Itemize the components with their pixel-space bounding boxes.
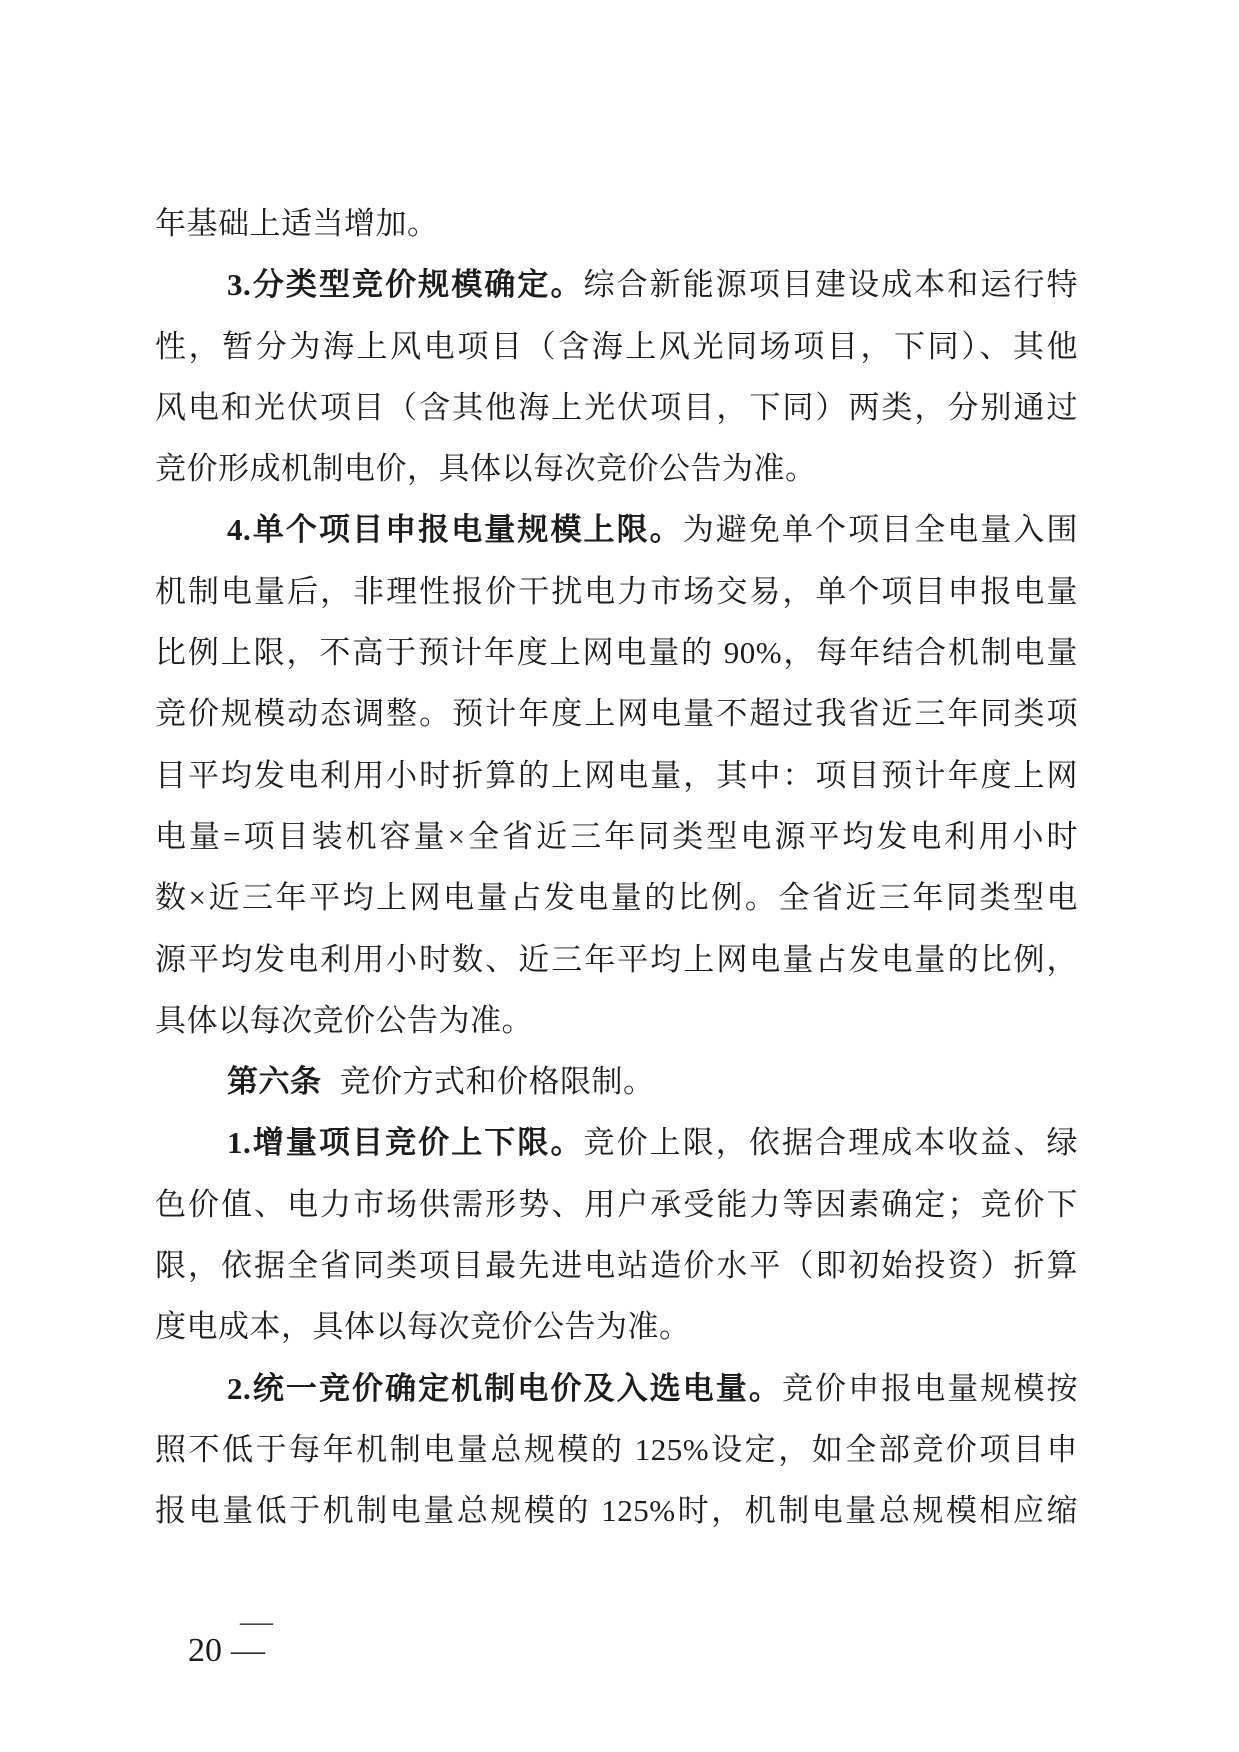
- text-segment: 照不低于每年机制电量总规模的 125%设定，如全部竞价项目申: [155, 1432, 1078, 1467]
- text-segment: 竞价申报电量规模按: [782, 1371, 1078, 1406]
- doc-line-14: 具体以每次竞价公告为准。: [155, 990, 1078, 1051]
- doc-line-17: 色价值、电力市场供需形势、用户承受能力等因素确定；竞价下: [155, 1174, 1078, 1235]
- doc-line-3: 性，暂分为海上风电项目（含海上风光同场项目，下同）、其他: [155, 316, 1078, 377]
- doc-line-21: 照不低于每年机制电量总规模的 125%设定，如全部竞价项目申: [155, 1419, 1078, 1480]
- doc-line-11: 电量=项目装机容量×全省近三年同类型电源平均发电利用小时: [155, 806, 1078, 867]
- doc-line-4: 风电和光伏项目（含其他海上光伏项目，下同）两类，分别通过: [155, 377, 1078, 438]
- doc-line-22: 报电量低于机制电量总规模的 125%时，机制电量总规模相应缩: [155, 1480, 1078, 1541]
- doc-line-12: 数×近三年平均上网电量占发电量的比例。全省近三年同类型电: [155, 867, 1078, 928]
- text-segment: 竞价方式和价格限制。: [340, 1064, 655, 1099]
- footer-trailing-dash: —: [231, 1632, 265, 1669]
- text-segment: 源平均发电利用小时数、近三年平均上网电量占发电量的比例，: [155, 942, 1078, 977]
- document-body: 年基础上适当增加。3.分类型竞价规模确定。综合新能源项目建设成本和运行特性，暂分…: [155, 193, 1078, 1542]
- text-segment-bold: 2.统一竞价确定机制电价及入选电量。: [227, 1371, 782, 1406]
- doc-line-2: 3.分类型竞价规模确定。综合新能源项目建设成本和运行特: [155, 254, 1078, 315]
- doc-line-15: 第六条竞价方式和价格限制。: [155, 1051, 1078, 1112]
- text-segment-bold: 1.增量项目竞价上下限。: [227, 1125, 584, 1160]
- text-segment: 竞价形成机制电价，具体以每次竞价公告为准。: [155, 451, 817, 486]
- doc-line-13: 源平均发电利用小时数、近三年平均上网电量占发电量的比例，: [155, 929, 1078, 990]
- doc-line-19: 度电成本，具体以每次竞价公告为准。: [155, 1296, 1078, 1357]
- doc-line-1: 年基础上适当增加。: [155, 193, 1078, 254]
- text-segment: 综合新能源项目建设成本和运行特: [584, 267, 1078, 302]
- text-segment: 电量=项目装机容量×全省近三年同类型电源平均发电利用小时: [155, 819, 1078, 854]
- text-segment: 目平均发电利用小时折算的上网电量，其中：项目预计年度上网: [155, 758, 1078, 793]
- text-segment: 限，依据全省同类项目最先进电站造价水平（即初始投资）折算: [155, 1248, 1078, 1283]
- text-segment-bold: 4.单个项目申报电量规模上限。: [227, 512, 683, 547]
- text-segment: 度电成本，具体以每次竞价公告为准。: [155, 1309, 691, 1344]
- doc-line-18: 限，依据全省同类项目最先进电站造价水平（即初始投资）折算: [155, 1235, 1078, 1296]
- text-segment: 比例上限，不高于预计年度上网电量的 90%，每年结合机制电量: [155, 635, 1078, 670]
- doc-line-7: 机制电量后，非理性报价干扰电力市场交易，单个项目申报电量: [155, 561, 1078, 622]
- doc-line-20: 2.统一竞价确定机制电价及入选电量。竞价申报电量规模按: [155, 1358, 1078, 1419]
- text-segment: 竞价上限，依据合理成本收益、绿: [584, 1125, 1078, 1160]
- page-number: 20: [188, 1632, 222, 1669]
- text-segment-article: 第六条: [227, 1064, 322, 1099]
- text-segment: 性，暂分为海上风电项目（含海上风光同场项目，下同）、其他: [155, 329, 1078, 364]
- text-segment: 报电量低于机制电量总规模的 125%时，机制电量总规模相应缩: [155, 1493, 1078, 1528]
- doc-line-5: 竞价形成机制电价，具体以每次竞价公告为准。: [155, 438, 1078, 499]
- doc-line-8: 比例上限，不高于预计年度上网电量的 90%，每年结合机制电量: [155, 622, 1078, 683]
- text-segment: 具体以每次竞价公告为准。: [155, 1003, 533, 1038]
- page: 年基础上适当增加。3.分类型竞价规模确定。综合新能源项目建设成本和运行特性，暂分…: [0, 0, 1239, 1752]
- text-segment: 年基础上适当增加。: [155, 206, 439, 241]
- text-segment: 色价值、电力市场供需形势、用户承受能力等因素确定；竞价下: [155, 1187, 1078, 1222]
- doc-line-9: 竞价规模动态调整。预计年度上网电量不超过我省近三年同类项: [155, 683, 1078, 744]
- doc-line-6: 4.单个项目申报电量规模上限。为避免单个项目全电量入围: [155, 499, 1078, 560]
- doc-line-16: 1.增量项目竞价上下限。竞价上限，依据合理成本收益、绿: [155, 1112, 1078, 1173]
- text-segment-bold: 3.分类型竞价规模确定。: [227, 267, 584, 302]
- doc-line-10: 目平均发电利用小时折算的上网电量，其中：项目预计年度上网: [155, 745, 1078, 806]
- text-segment: 竞价规模动态调整。预计年度上网电量不超过我省近三年同类项: [155, 696, 1078, 731]
- page-footer: 20—: [188, 1634, 265, 1668]
- text-segment: 为避免单个项目全电量入围: [683, 512, 1078, 547]
- text-segment: 机制电量后，非理性报价干扰电力市场交易，单个项目申报电量: [155, 574, 1078, 609]
- text-segment: 风电和光伏项目（含其他海上光伏项目，下同）两类，分别通过: [155, 390, 1078, 425]
- text-segment: 数×近三年平均上网电量占发电量的比例。全省近三年同类型电: [155, 880, 1078, 915]
